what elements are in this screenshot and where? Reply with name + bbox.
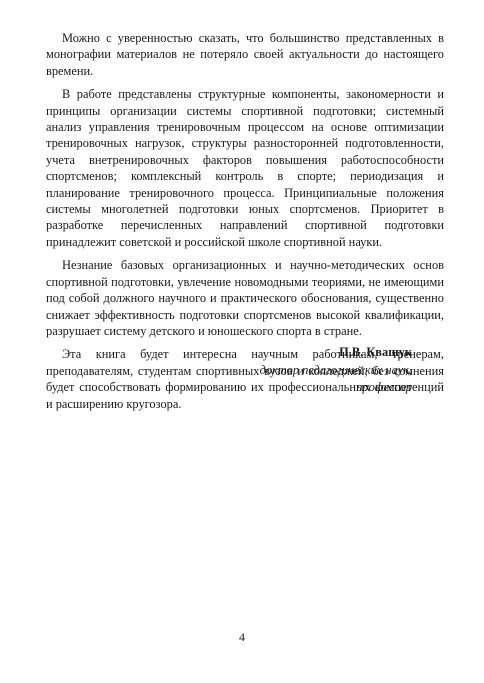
author-name: П.В. Квашук (260, 344, 412, 360)
page-number: 4 (0, 630, 484, 644)
document-page: Можно с уверенностью сказать, что больши… (0, 0, 484, 683)
paragraph-3: Незнание базовых организационных и научн… (46, 257, 444, 339)
paragraph-2: В работе представлены структурные компон… (46, 86, 444, 250)
author-title-line-2: профессор (260, 379, 412, 395)
author-title-line-1: доктор педагогических наук, (260, 362, 412, 378)
signature-block: П.В. Квашук доктор педагогических наук, … (260, 344, 412, 395)
paragraph-1: Можно с уверенностью сказать, что больши… (46, 30, 444, 79)
